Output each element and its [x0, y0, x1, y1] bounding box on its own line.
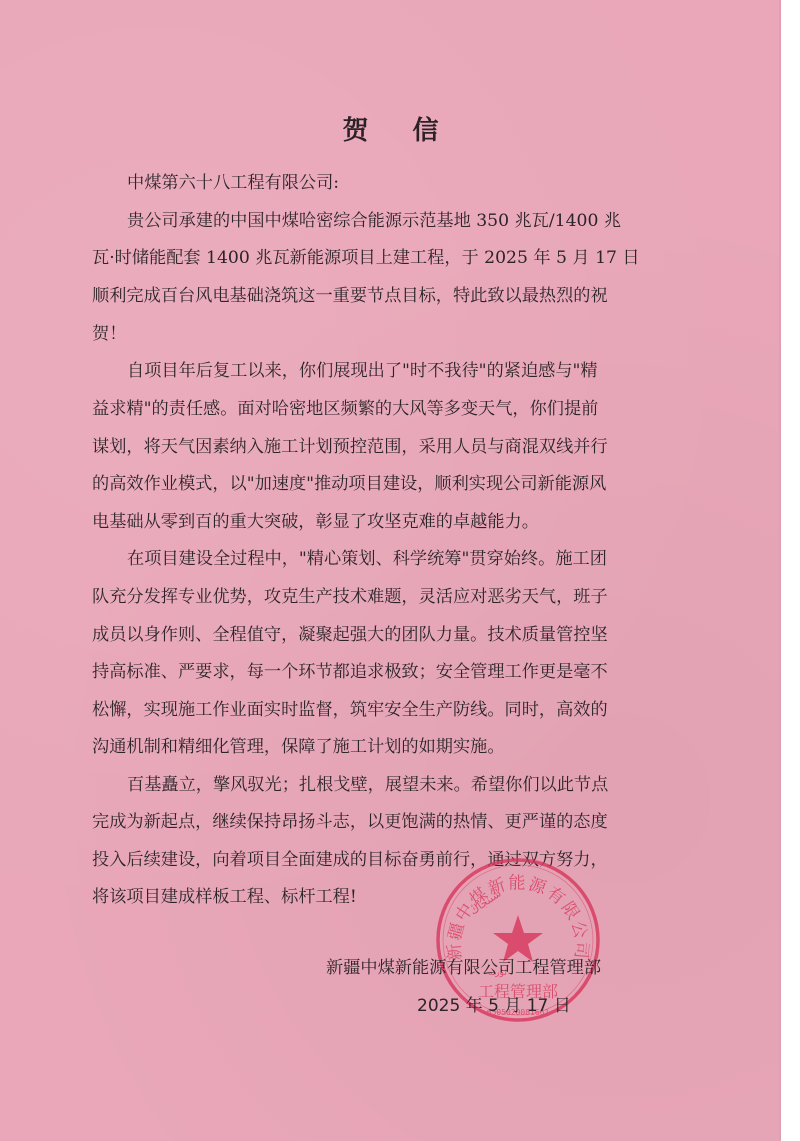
paragraph-3-line-6: 沟通机制和精细化管理，保障了施工计划的如期实施。	[92, 737, 505, 757]
paragraph-2-line-2: 益求精"的责任感。面对哈密地区频繁的大风等多变天气，你们提前	[92, 399, 598, 419]
paragraph-4-line-1: 百基矗立，擎风驭光；扎根戈壁，展望未来。希望你们以此节点	[127, 775, 608, 795]
paragraph-2-line-3: 谋划，将天气因素纳入施工计划预控范围，采用人员与商混双线并行	[92, 437, 608, 457]
paragraph-1-line-1: 贵公司承建的中国中煤哈密综合能源示范基地 350 兆瓦/1400 兆	[127, 211, 621, 231]
paragraph-4-line-4: 将该项目建成样板工程、标杆工程!	[92, 887, 357, 907]
paragraph-1-line-4: 贺！	[92, 324, 126, 344]
signature-organization: 新疆中煤新能源有限公司工程管理部	[326, 953, 601, 978]
paragraph-1-line-2: 瓦·时储能配套 1400 兆瓦新能源项目上建工程，于 2025 年 5 月 17…	[92, 248, 640, 268]
paragraph-2-line-1: 自项目年后复工以来，你们展现出了"时不我待"的紧迫感与"精	[127, 361, 598, 381]
paragraph-3-line-1: 在项目建设全过程中，"精心策划、科学统筹"贯穿始终。施工团	[127, 549, 607, 569]
paragraph-2-line-5: 电基础从零到百的重大突破，彰显了攻坚克难的卓越能力。	[92, 512, 539, 532]
paragraph-3-line-2: 队充分发挥专业优势，攻克生产技术难题，灵活应对恶劣天气，班子	[92, 587, 608, 607]
salutation: 中煤第六十八工程有限公司:	[127, 173, 339, 193]
letter-page: 贺信 中煤第六十八工程有限公司: 贵公司承建的中国中煤哈密综合能源示范基地 35…	[0, 0, 781, 1141]
paragraph-2-line-4: 的高效作业模式，以"加速度"推动项目建设，顺利实现公司新能源风	[92, 474, 606, 494]
paragraph-1-line-3: 顺利完成百台风电基础浇筑这一重要节点目标，特此致以最热烈的祝	[92, 286, 608, 306]
title-char-1: 贺	[342, 110, 368, 147]
paragraph-3-line-3: 成员以身作则、全程值守，凝聚起强大的团队力量。技术质量管控坚	[92, 625, 608, 645]
paragraph-4-line-2: 完成为新起点，继续保持昂扬斗志，以更饱满的热情、更严谨的态度	[92, 812, 608, 832]
letter-title: 贺信	[0, 110, 781, 147]
paragraph-3-line-4: 持高标准、严要求，每一个环节都追求极致；安全管理工作更是毫不	[92, 662, 608, 682]
page-edge	[779, 0, 781, 1141]
letter-date: 2025 年 5 月 17 日	[417, 991, 571, 1016]
paragraph-3-line-5: 松懈，实现施工作业面实时监督，筑牢安全生产防线。同时，高效的	[92, 700, 608, 720]
title-char-2: 信	[413, 110, 439, 147]
